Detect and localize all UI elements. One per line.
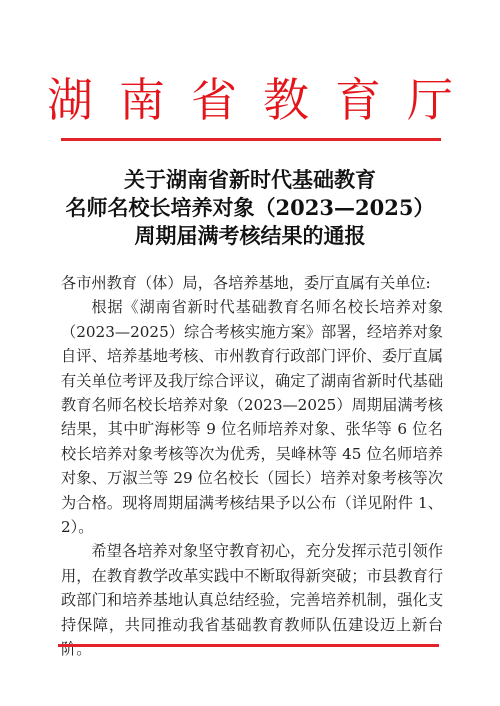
title-line: 关于湖南省新时代基础教育 [0,166,500,194]
letterhead: 湖南省教育厅 [0,72,500,128]
letterhead-divider [61,138,441,141]
document-title: 关于湖南省新时代基础教育 名师名校长培养对象（2023—2025） 周期届满考核… [0,166,500,250]
organization-name: 湖南省教育厅 [26,72,500,128]
title-line: 名师名校长培养对象（2023—2025） [0,194,500,222]
footer-divider [58,644,439,647]
document-body: 各市州教育（体）局，各培养基地，委厅直属有关单位: 根据《湖南省新时代基础教育名… [61,271,443,662]
title-line: 周期届满考核结果的通报 [0,222,500,250]
salutation: 各市州教育（体）局，各培养基地，委厅直属有关单位: [61,271,443,295]
body-paragraph: 根据《湖南省新时代基础教育名师名校长培养对象（2023—2025）综合考核实施方… [61,295,443,539]
